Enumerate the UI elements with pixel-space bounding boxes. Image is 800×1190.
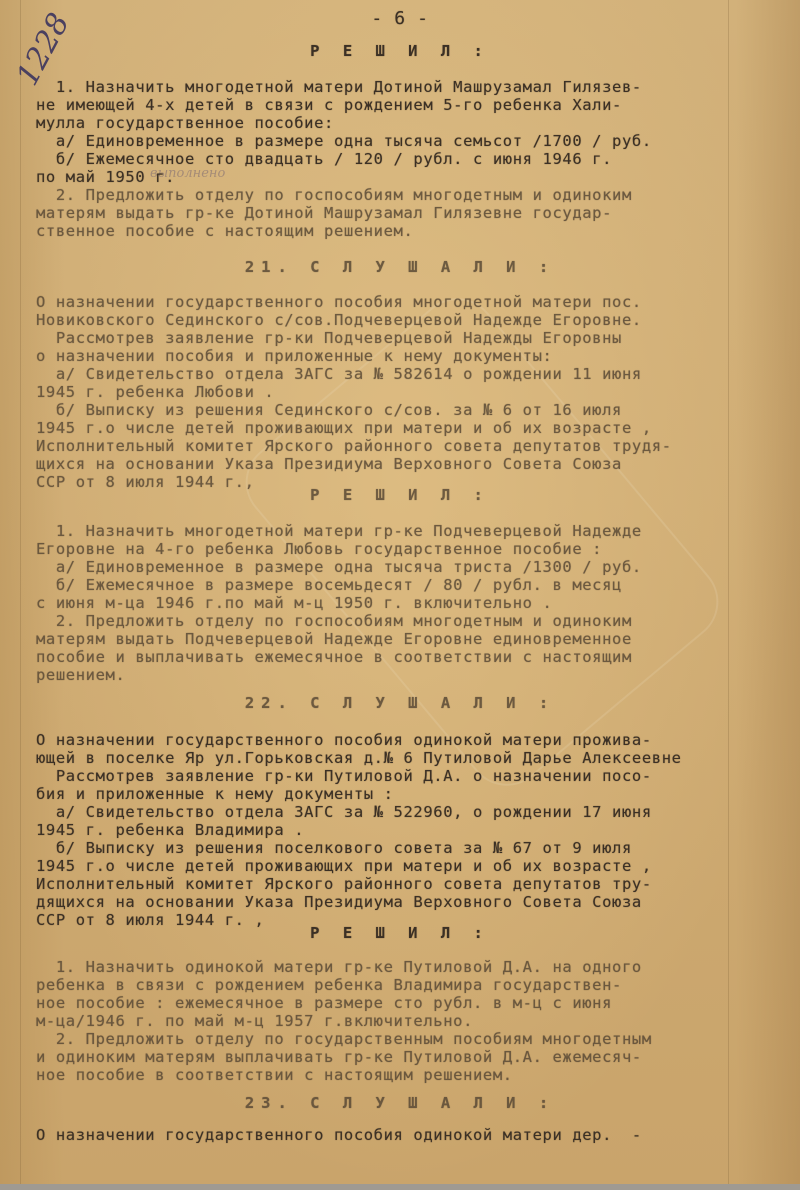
text-line: м-ца/1946 г. по май м-ц 1957 г.включител… bbox=[36, 1012, 780, 1030]
document-page: 1228 выполнено - 6 - Р Е Ш И Л : 1. Назн… bbox=[0, 0, 800, 1190]
text-line: Рассмотрев заявление гр-ки Путиловой Д.А… bbox=[36, 767, 780, 785]
text-line: а/ Единовременное в размере одна тысяча … bbox=[36, 558, 780, 576]
text-line: бия и приложенные к нему документы : bbox=[36, 785, 780, 803]
text-line: ственное пособие с настоящим решением. bbox=[36, 222, 780, 240]
text-line: б/ Выписку из решения Сединского с/сов. … bbox=[36, 401, 780, 419]
text-line: матерям выдать гр-ке Дотиной Машрузамал … bbox=[36, 204, 780, 222]
text-line: 1. Назначить многодетной матери Дотиной … bbox=[36, 78, 780, 96]
section-heading-heard: 21. С Л У Ш А Л И : bbox=[0, 258, 800, 276]
text-line: ное пособие : ежемесячное в размере сто … bbox=[36, 994, 780, 1012]
text-line: О назначении государственного пособия од… bbox=[36, 1126, 780, 1144]
text-line: по май 1950 г. bbox=[36, 168, 780, 186]
text-line: Рассмотрев заявление гр-ки Подчеверцевой… bbox=[36, 329, 780, 347]
text-line: с июня м-ца 1946 г.по май м-ц 1950 г. вк… bbox=[36, 594, 780, 612]
text-line: б/ Выписку из решения поселкового совета… bbox=[36, 839, 780, 857]
section-heading-resolved: Р Е Ш И Л : bbox=[0, 924, 800, 942]
paper-fold bbox=[20, 0, 21, 1190]
text-line: б/ Ежемесячное в размере восемьдесят / 8… bbox=[36, 576, 780, 594]
text-line: а/ Свидетельство отдела ЗАГС за № 582614… bbox=[36, 365, 780, 383]
text-line: 2. Предложить отделу по госпособиям мног… bbox=[36, 612, 780, 630]
section-heading-heard: 23. С Л У Ш А Л И : bbox=[0, 1094, 800, 1112]
section-heading-resolved: Р Е Ш И Л : bbox=[0, 486, 800, 504]
text-line: Новиковского Сединского с/сов.Подчеверце… bbox=[36, 311, 780, 329]
text-line: матерям выдать Подчеверцевой Надежде Его… bbox=[36, 630, 780, 648]
text-line: не имеющей 4-х детей в связи с рождением… bbox=[36, 96, 780, 114]
text-line: ющей в поселке Яр ул.Горьковская д.№ 6 П… bbox=[36, 749, 780, 767]
page-number: - 6 - bbox=[0, 10, 800, 28]
scan-edge bbox=[0, 1184, 800, 1190]
text-line: мулла государственное пособие: bbox=[36, 114, 780, 132]
text-line: о назначении пособия и приложенные к нем… bbox=[36, 347, 780, 365]
section-heading-heard: 22. С Л У Ш А Л И : bbox=[0, 694, 800, 712]
text-line: О назначении государственного пособия мн… bbox=[36, 293, 780, 311]
text-line: 2. Предложить отделу по государственным … bbox=[36, 1030, 780, 1048]
text-line: пособие и выплачивать ежемесячное в соот… bbox=[36, 648, 780, 666]
text-line: 2. Предложить отделу по гоcпособиям мног… bbox=[36, 186, 780, 204]
text-line: 1945 г.о числе детей проживающих при мат… bbox=[36, 419, 780, 437]
text-line: а/ Единовременное в размере одна тысяча … bbox=[36, 132, 780, 150]
text-line: б/ Ежемесячное сто двадцать / 120 / рубл… bbox=[36, 150, 780, 168]
section-heading-resolved: Р Е Ш И Л : bbox=[0, 42, 800, 60]
text-line: 1945 г. ребенка Любови . bbox=[36, 383, 780, 401]
text-line: Исполнительный комитет Ярского районного… bbox=[36, 437, 780, 455]
text-line: Исполнительный комитет Ярского районного… bbox=[36, 875, 780, 893]
text-line: 1. Назначить одинокой матери гр-ке Путил… bbox=[36, 958, 780, 976]
text-line: 1945 г. ребенка Владимира . bbox=[36, 821, 780, 839]
text-line: решением. bbox=[36, 666, 780, 684]
text-line: ное пособие в соответствии с настоящим р… bbox=[36, 1066, 780, 1084]
text-line: 1. Назначить многодетной матери гр-ке По… bbox=[36, 522, 780, 540]
text-line: 1945 г.о числе детей проживающих при мат… bbox=[36, 857, 780, 875]
text-line: дящихся на основании Указа Президиума Ве… bbox=[36, 893, 780, 911]
text-line: и одиноким матерям выплачивать гр-ке Пут… bbox=[36, 1048, 780, 1066]
text-line: ребенка в связи с рождением ребенка Влад… bbox=[36, 976, 780, 994]
text-line: а/ Свидетельство отдела ЗАГС за № 522960… bbox=[36, 803, 780, 821]
text-line: О назначении государственного пособия од… bbox=[36, 731, 780, 749]
text-line: щихся на основании Указа Президиума Верх… bbox=[36, 455, 780, 473]
text-line: Егоровне на 4-го ребенка Любовь государс… bbox=[36, 540, 780, 558]
